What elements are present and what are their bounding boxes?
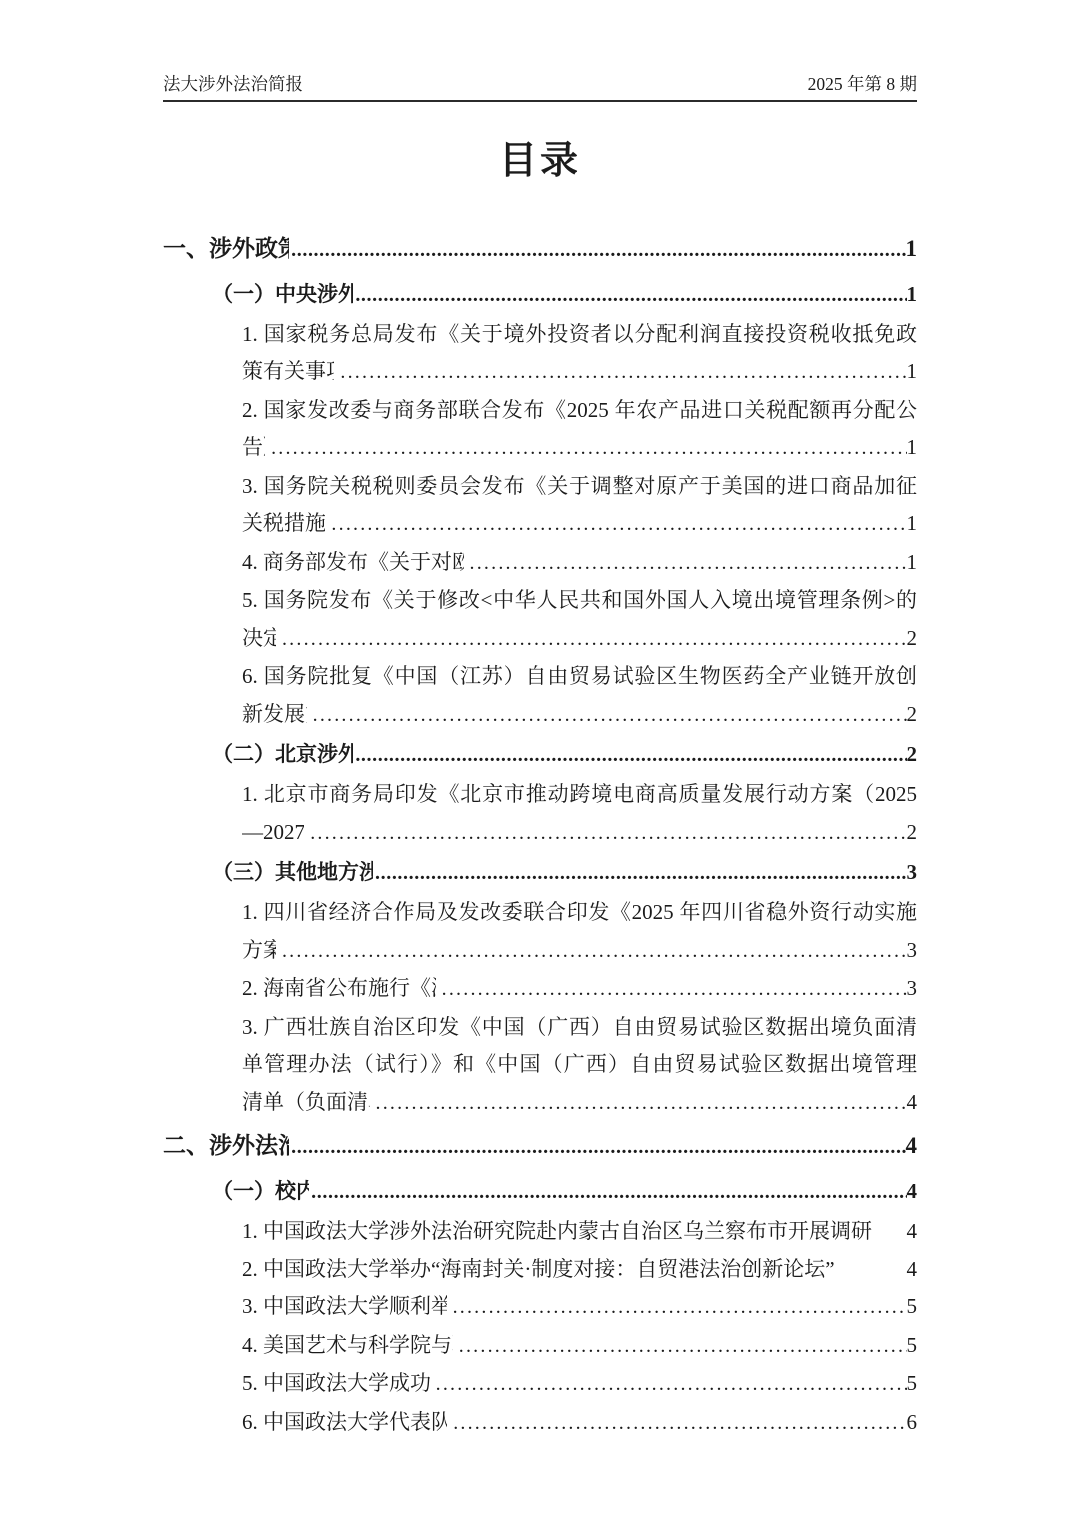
toc-line: （一）中央涉外政策法规 1 bbox=[212, 274, 917, 316]
toc-line: 2. 中国政法大学举办“海南封关·制度对接：自贸港法治创新论坛” 4 bbox=[242, 1251, 917, 1289]
running-header: 法大涉外法治简报 2025 年第 8 期 bbox=[163, 74, 917, 100]
toc-entry-level3: 5. 中国政法大学成功举办国际贸易前沿学术研讨会 5 bbox=[163, 1365, 917, 1404]
toc-line: 4. 商务部发布《关于对欧盟两家金融机构采取反制措施的决定》 1 bbox=[242, 544, 917, 583]
toc-entry-text: 策有关事项的公告》 bbox=[242, 353, 334, 391]
toc-leader-dots bbox=[289, 225, 905, 274]
toc-line: 决定》 2 bbox=[242, 620, 917, 659]
toc-line: 方案》 3 bbox=[242, 932, 917, 971]
toc-entry-text: 告》 bbox=[242, 429, 265, 467]
toc-line: 1. 中国政法大学涉外法治研究院赴内蒙古自治区乌兰察布市开展调研 4 bbox=[242, 1213, 917, 1251]
toc-page-number: 5 bbox=[907, 1327, 918, 1365]
page-title: 目录 bbox=[163, 135, 917, 188]
toc-leader-dots bbox=[370, 1084, 907, 1123]
toc-line: 6. 国务院批复《中国（江苏）自由贸易试验区生物医药全产业链开放创 bbox=[242, 658, 917, 696]
toc-entry-text: 1. 国家税务总局发布《关于境外投资者以分配利润直接投资税收抵免政 bbox=[242, 322, 917, 346]
toc-leader-dots bbox=[265, 429, 906, 468]
toc-entry-text: 6. 中国政法大学代表队参加国际投资模拟仲裁大赛深圳杯 bbox=[242, 1404, 447, 1442]
toc-entry-level3: 2. 国家发改委与商务部联合发布《2025 年农产品进口关税配额再分配公 告》 … bbox=[163, 392, 917, 468]
toc-entry-level3: 6. 中国政法大学代表队参加国际投资模拟仲裁大赛深圳杯 6 bbox=[163, 1404, 917, 1443]
toc-line: 清单（负面清单）（2025 版）》 4 bbox=[242, 1084, 917, 1123]
toc-entry-level3: 5. 国务院发布《关于修改<中华人民共和国外国人入境出境管理条例>的 决定》 2 bbox=[163, 582, 917, 658]
toc-entry-text: 清单（负面清单）（2025 版）》 bbox=[242, 1084, 370, 1122]
toc-leader-dots bbox=[353, 734, 906, 776]
toc-line: 5. 中国政法大学成功举办国际贸易前沿学术研讨会 5 bbox=[242, 1365, 917, 1404]
toc-page-number: 4 bbox=[907, 1251, 918, 1289]
toc-entry-level1: 二、涉外法治新闻 4 bbox=[163, 1122, 917, 1171]
toc-leader-dots bbox=[289, 1122, 905, 1171]
toc-page-number: 1 bbox=[906, 225, 918, 273]
toc-line: （一）校内新闻 4 bbox=[212, 1171, 917, 1213]
toc-page-number: 2 bbox=[907, 734, 918, 775]
toc-leader-dots bbox=[307, 696, 907, 735]
toc-page-number: 4 bbox=[906, 1122, 918, 1170]
toc-entry-text: 3. 中国政法大学顺利举办“全球贸易和法律的未来”研讨会 bbox=[242, 1288, 447, 1326]
toc-entry-text: 3. 广西壮族自治区印发《中国（广西）自由贸易试验区数据出境负面清 bbox=[242, 1015, 917, 1039]
toc-entry-text: 2. 海南省公布施行《海南自由贸易港外商投资条例》 bbox=[242, 970, 436, 1008]
toc-entry-level3: 3. 国务院关税税则委员会发布《关于调整对原产于美国的进口商品加征 关税措施的公… bbox=[163, 468, 917, 544]
toc-page-number: 2 bbox=[907, 620, 918, 658]
toc-entry-level3: 3. 广西壮族自治区印发《中国（广西）自由贸易试验区数据出境负面清 单管理办法（… bbox=[163, 1009, 917, 1123]
toc-page-number: 3 bbox=[907, 932, 918, 970]
toc-line: 一、涉外政策法规 1 bbox=[163, 225, 917, 274]
toc-line: 告》 1 bbox=[242, 429, 917, 468]
toc-page-number: 3 bbox=[907, 970, 918, 1008]
toc-page-number: 5 bbox=[907, 1365, 918, 1403]
toc-page-number: 1 bbox=[907, 505, 918, 543]
toc-leader-dots bbox=[325, 505, 906, 544]
toc-line: 单管理办法（试行）》和《中国（广西）自由贸易试验区数据出境管理 bbox=[242, 1046, 917, 1084]
toc-page-number: 1 bbox=[907, 353, 918, 391]
toc-entry-text: 二、涉外法治新闻 bbox=[163, 1122, 289, 1170]
toc-leader-dots bbox=[334, 353, 906, 392]
toc-entry-level3: 4. 美国艺术与科学院与耶鲁大学经济系赴中国政法大学调研 5 bbox=[163, 1327, 917, 1366]
toc-entry-level3: 2. 中国政法大学举办“海南封关·制度对接：自贸港法治创新论坛” 4 bbox=[163, 1251, 917, 1289]
header-publication-title: 法大涉外法治简报 bbox=[163, 74, 303, 96]
toc-entry-text: —2027 年）》 bbox=[242, 814, 304, 852]
toc-entry-text: 单管理办法（试行）》和《中国（广西）自由贸易试验区数据出境管理 bbox=[242, 1052, 917, 1076]
toc-leader-dots bbox=[447, 1288, 907, 1327]
toc-leader-dots bbox=[430, 1365, 907, 1404]
toc-line: （二）北京涉外政策法规 2 bbox=[212, 734, 917, 776]
toc-page-number: 5 bbox=[907, 1288, 918, 1326]
toc-line: 3. 国务院关税税则委员会发布《关于调整对原产于美国的进口商品加征 bbox=[242, 468, 917, 506]
toc-entry-text: 决定》 bbox=[242, 620, 276, 658]
toc-line: 6. 中国政法大学代表队参加国际投资模拟仲裁大赛深圳杯 6 bbox=[242, 1404, 917, 1443]
toc-page-number: 4 bbox=[907, 1084, 918, 1122]
toc-leader-dots bbox=[453, 1327, 907, 1366]
toc-line: 二、涉外法治新闻 4 bbox=[163, 1122, 917, 1171]
toc-entry-level2: （三）其他地方涉外政策法规 3 bbox=[163, 852, 917, 894]
toc-line: 2. 国家发改委与商务部联合发布《2025 年农产品进口关税配额再分配公 bbox=[242, 392, 917, 430]
toc-entry-level3: 1. 四川省经济合作局及发改委联合印发《2025 年四川省稳外资行动实施 方案》… bbox=[163, 894, 917, 970]
toc-line: 4. 美国艺术与科学院与耶鲁大学经济系赴中国政法大学调研 5 bbox=[242, 1327, 917, 1366]
toc-entry-text: 4. 商务部发布《关于对欧盟两家金融机构采取反制措施的决定》 bbox=[242, 544, 464, 582]
toc-line: 1. 国家税务总局发布《关于境外投资者以分配利润直接投资税收抵免政 bbox=[242, 316, 917, 354]
toc-entry-text: （一）中央涉外政策法规 bbox=[212, 274, 353, 315]
toc-entry-level2: （一）校内新闻 4 bbox=[163, 1171, 917, 1213]
toc-line: 策有关事项的公告》 1 bbox=[242, 353, 917, 392]
toc-entry-text: 2. 中国政法大学举办“海南封关·制度对接：自贸港法治创新论坛” bbox=[242, 1251, 835, 1289]
toc-entry-level3: 1. 国家税务总局发布《关于境外投资者以分配利润直接投资税收抵免政 策有关事项的… bbox=[163, 316, 917, 392]
toc-entry-text: 1. 四川省经济合作局及发改委联合印发《2025 年四川省稳外资行动实施 bbox=[242, 900, 917, 924]
toc-page-number: 1 bbox=[907, 429, 918, 467]
toc-entry-text: 3. 国务院关税税则委员会发布《关于调整对原产于美国的进口商品加征 bbox=[242, 474, 917, 498]
toc-line: 新发展方案》 2 bbox=[242, 696, 917, 735]
toc-entry-level3: 1. 北京市商务局印发《北京市推动跨境电商高质量发展行动方案（2025 —202… bbox=[163, 776, 917, 852]
toc-entry-level3: 2. 海南省公布施行《海南自由贸易港外商投资条例》 3 bbox=[163, 970, 917, 1009]
toc-leader-dots bbox=[447, 1404, 906, 1443]
header-rule bbox=[163, 100, 917, 102]
toc-leader-dots bbox=[276, 620, 907, 659]
toc-line: 3. 广西壮族自治区印发《中国（广西）自由贸易试验区数据出境负面清 bbox=[242, 1009, 917, 1047]
toc-entry-level2: （二）北京涉外政策法规 2 bbox=[163, 734, 917, 776]
toc-leader-dots bbox=[309, 1171, 906, 1213]
toc-entry-text: 4. 美国艺术与科学院与耶鲁大学经济系赴中国政法大学调研 bbox=[242, 1327, 453, 1365]
toc-page-number: 3 bbox=[907, 852, 918, 893]
toc-page-number: 6 bbox=[907, 1404, 918, 1442]
toc-entry-text: 1. 中国政法大学涉外法治研究院赴内蒙古自治区乌兰察布市开展调研 bbox=[242, 1213, 872, 1251]
toc-entry-level2: （一）中央涉外政策法规 1 bbox=[163, 274, 917, 316]
toc-line: 2. 海南省公布施行《海南自由贸易港外商投资条例》 3 bbox=[242, 970, 917, 1009]
toc-page-number: 1 bbox=[907, 274, 918, 315]
toc-entry-text: 5. 国务院发布《关于修改<中华人民共和国外国人入境出境管理条例>的 bbox=[242, 588, 917, 612]
toc-line: 5. 国务院发布《关于修改<中华人民共和国外国人入境出境管理条例>的 bbox=[242, 582, 917, 620]
toc-leader-dots bbox=[373, 852, 906, 894]
toc-leader-dots bbox=[464, 544, 907, 583]
toc-page-number: 2 bbox=[907, 696, 918, 734]
toc-page-number: 1 bbox=[907, 544, 918, 582]
document-page: 法大涉外法治简报 2025 年第 8 期 目录 一、涉外政策法规 1 （一）中央… bbox=[0, 0, 1080, 1527]
toc-entry-text: （三）其他地方涉外政策法规 bbox=[212, 852, 373, 893]
toc-entry-level1: 一、涉外政策法规 1 bbox=[163, 225, 917, 274]
toc-entry-text: 一、涉外政策法规 bbox=[163, 225, 289, 273]
toc-page-number: 4 bbox=[907, 1171, 918, 1212]
toc-page-number: 2 bbox=[907, 814, 918, 852]
toc-entry-text: 关税措施的公告》 bbox=[242, 505, 325, 543]
toc-entry-text: （二）北京涉外政策法规 bbox=[212, 734, 353, 775]
toc-line: 关税措施的公告》 1 bbox=[242, 505, 917, 544]
toc-entry-text: 2. 国家发改委与商务部联合发布《2025 年农产品进口关税配额再分配公 bbox=[242, 398, 917, 422]
toc-line: 1. 北京市商务局印发《北京市推动跨境电商高质量发展行动方案（2025 bbox=[242, 776, 917, 814]
toc-entry-text: 1. 北京市商务局印发《北京市推动跨境电商高质量发展行动方案（2025 bbox=[242, 782, 917, 806]
toc-entry-level3: 6. 国务院批复《中国（江苏）自由贸易试验区生物医药全产业链开放创 新发展方案》… bbox=[163, 658, 917, 734]
toc-line: 1. 四川省经济合作局及发改委联合印发《2025 年四川省稳外资行动实施 bbox=[242, 894, 917, 932]
header-issue-number: 2025 年第 8 期 bbox=[808, 74, 917, 96]
toc-leader-dots bbox=[276, 932, 907, 971]
toc-leader-dots bbox=[436, 970, 907, 1009]
table-of-contents: 一、涉外政策法规 1 （一）中央涉外政策法规 1 1. 国家税务总局发布《关于境… bbox=[163, 225, 917, 1443]
toc-page-number: 4 bbox=[907, 1213, 918, 1251]
toc-entry-level3: 1. 中国政法大学涉外法治研究院赴内蒙古自治区乌兰察布市开展调研 4 bbox=[163, 1213, 917, 1251]
toc-entry-text: 新发展方案》 bbox=[242, 696, 307, 734]
toc-entry-level3: 3. 中国政法大学顺利举办“全球贸易和法律的未来”研讨会 5 bbox=[163, 1288, 917, 1327]
toc-line: —2027 年）》 2 bbox=[242, 814, 917, 853]
toc-leader-dots bbox=[353, 274, 906, 316]
toc-entry-text: 6. 国务院批复《中国（江苏）自由贸易试验区生物医药全产业链开放创 bbox=[242, 664, 917, 688]
toc-entry-text: （一）校内新闻 bbox=[212, 1171, 309, 1212]
toc-entry-level3: 4. 商务部发布《关于对欧盟两家金融机构采取反制措施的决定》 1 bbox=[163, 544, 917, 583]
toc-leader-dots bbox=[304, 814, 906, 853]
toc-line: （三）其他地方涉外政策法规 3 bbox=[212, 852, 917, 894]
toc-entry-text: 方案》 bbox=[242, 932, 276, 970]
toc-line: 3. 中国政法大学顺利举办“全球贸易和法律的未来”研讨会 5 bbox=[242, 1288, 917, 1327]
toc-entry-text: 5. 中国政法大学成功举办国际贸易前沿学术研讨会 bbox=[242, 1365, 430, 1403]
